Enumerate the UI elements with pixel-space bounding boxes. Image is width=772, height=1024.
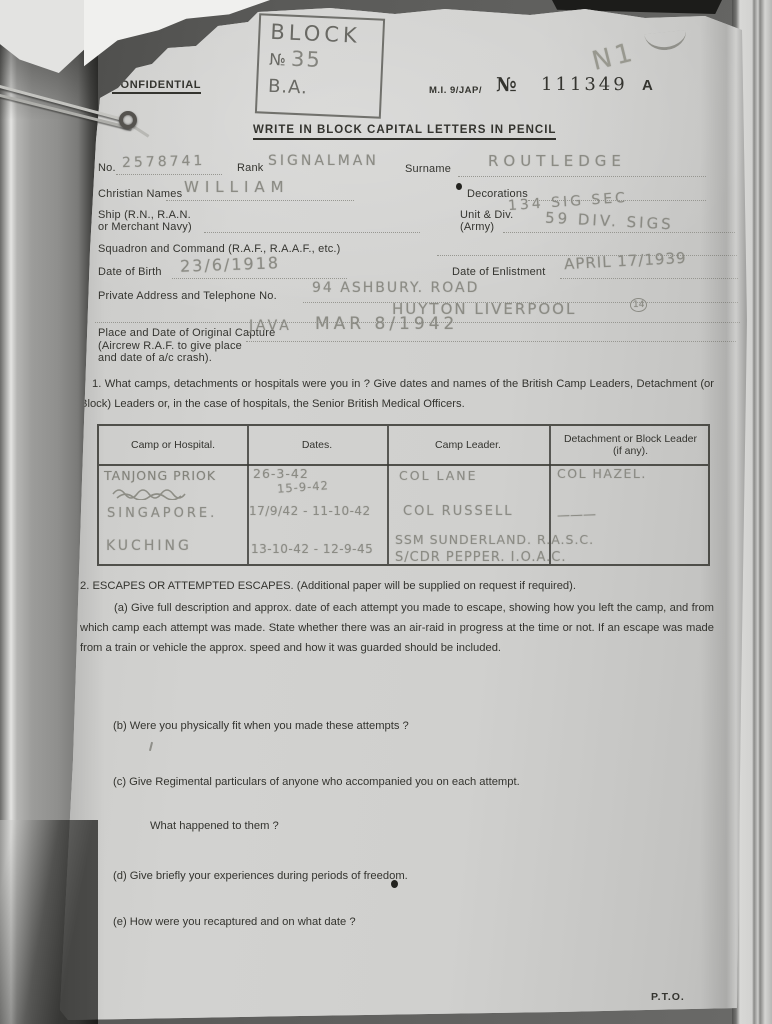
spine-shadow-bottom — [0, 820, 98, 1024]
camp-3-value: KUCHING — [106, 538, 192, 554]
unit-line — [503, 232, 735, 233]
numero-symbol: № — [496, 74, 517, 96]
pencil-check-mark — [644, 30, 688, 52]
camp-1-value: TANJONG PRIOK — [104, 468, 216, 483]
block-leader-1-value: COL HAZEL. — [557, 466, 647, 481]
dates-2-value: 17/9/42 - 11-10-42 — [249, 504, 371, 518]
unit-value-line2: 59 DIV. SIGS — [545, 209, 675, 234]
capture-place-value: JAVA — [249, 318, 292, 334]
surname-line — [458, 176, 706, 177]
surname-label: Surname — [405, 163, 451, 175]
address-value-line1: 94 ASHBURY. ROAD — [312, 280, 479, 296]
question-2c-text: (c) Give Regimental particulars of anyon… — [113, 772, 693, 792]
dates-3-value: 13-10-42 - 12-9-45 — [251, 542, 373, 556]
address-circled-number: 14 — [630, 298, 647, 312]
form-page: CONFIDENTIAL BLOCK № 35 B.A. M.I. 9/JAP/… — [0, 0, 772, 1024]
string-grommet — [119, 111, 137, 129]
rank-value: SIGNALMAN — [268, 153, 379, 169]
question-2c-followup-text: What happened to them ? — [150, 816, 450, 836]
stamp-line2: № 35 — [269, 46, 382, 75]
question-2-heading: 2. ESCAPES OR ATTEMPTED ESCAPES. (Additi… — [80, 576, 720, 596]
ship-label-line2: or Merchant Navy) — [98, 221, 192, 233]
leader-2-value: COL RUSSELL — [403, 504, 513, 519]
dates-1a-value: 26-3-42 — [253, 466, 309, 481]
table-header-dates: Dates. — [247, 426, 387, 464]
capture-date-value: MAR 8/1942 — [315, 314, 458, 334]
leader-3a-value: SSM SUNDERLAND. R.A.S.C. — [395, 532, 594, 547]
pto-label: P.T.O. — [651, 991, 685, 1003]
christian-names-label: Christian Names — [98, 188, 182, 200]
leader-1-value: COL LANE — [399, 468, 478, 483]
ship-label-line1: Ship (R.N., R.A.N. — [98, 209, 191, 221]
pencil-tick — [149, 742, 153, 751]
question-2e-text: (e) How were you recaptured and on what … — [113, 912, 673, 932]
date-of-birth-value: 23/6/1918 — [180, 253, 281, 275]
capture-note-line1: (Aircrew R.A.F. to give place — [98, 340, 242, 352]
rank-label: Rank — [237, 162, 263, 174]
block-number-stamp: BLOCK № 35 B.A. — [255, 13, 385, 118]
stamp-no-symbol: № — [269, 50, 286, 70]
no-line — [116, 174, 222, 175]
christian-names-line — [166, 200, 354, 201]
no-label: No. — [98, 162, 116, 174]
squadron-label: Squadron and Command (R.A.F., R.A.A.F., … — [98, 243, 341, 255]
form-instruction-title: WRITE IN BLOCK CAPITAL LETTERS IN PENCIL — [253, 124, 556, 140]
camps-table: Camp or Hospital. Dates. Camp Leader. De… — [97, 424, 710, 566]
camp-2-value: SINGAPORE. — [107, 506, 217, 521]
date-of-enlistment-label: Date of Enlistment — [452, 266, 545, 278]
scanned-document-photo: CONFIDENTIAL BLOCK № 35 B.A. M.I. 9/JAP/… — [0, 0, 772, 1024]
classification-label: CONFIDENTIAL — [112, 79, 201, 94]
surname-value: ROUTLEDGE — [488, 152, 626, 170]
ink-blot-2 — [391, 880, 398, 888]
capture-line — [246, 341, 736, 342]
question-2a-text: (a) Give full description and approx. da… — [80, 598, 714, 658]
christian-names-value: WILLIAM — [184, 178, 290, 196]
dates-1b-value: 15-9-42 — [277, 478, 330, 496]
pencil-annotation-n1: N1 — [589, 37, 639, 77]
stamp-line3: B.A. — [268, 76, 381, 102]
block-leader-2-dash: ——— — [557, 507, 596, 523]
ink-blot — [456, 183, 462, 190]
ship-line — [204, 232, 420, 233]
scribble-mark — [111, 486, 197, 500]
table-header-block-leader: Detachment or Block Leader (if any). — [549, 426, 712, 464]
table-header-leader: Camp Leader. — [387, 426, 549, 464]
table-header-camp: Camp or Hospital. — [99, 426, 247, 464]
leader-3b-value: S/CDR PEPPER. I.O.A.C. — [395, 550, 566, 565]
address-label: Private Address and Telephone No. — [98, 290, 277, 302]
capture-note-line2: and date of a/c crash). — [98, 352, 212, 364]
service-number-value: 2578741 — [122, 153, 206, 171]
date-of-enlistment-line — [560, 278, 738, 279]
date-of-enlistment-value: APRIL 17/1939 — [564, 249, 687, 273]
question-1-text: 1. What camps, detachments or hospitals … — [80, 374, 714, 414]
stamp-number-pencil: 35 — [291, 47, 323, 72]
date-of-birth-label: Date of Birth — [98, 266, 162, 278]
serial-suffix: A — [642, 77, 653, 94]
question-2b-text: (b) Were you physically fit when you mad… — [113, 716, 673, 736]
unit-label-line1: Unit & Div. — [460, 209, 513, 221]
unit-label-line2: (Army) — [460, 221, 494, 233]
serial-number: 111349 — [541, 74, 628, 95]
stamp-line1: BLOCK — [270, 20, 383, 49]
mi9-reference: M.I. 9/JAP/ — [429, 85, 482, 96]
date-of-birth-line — [172, 278, 347, 279]
